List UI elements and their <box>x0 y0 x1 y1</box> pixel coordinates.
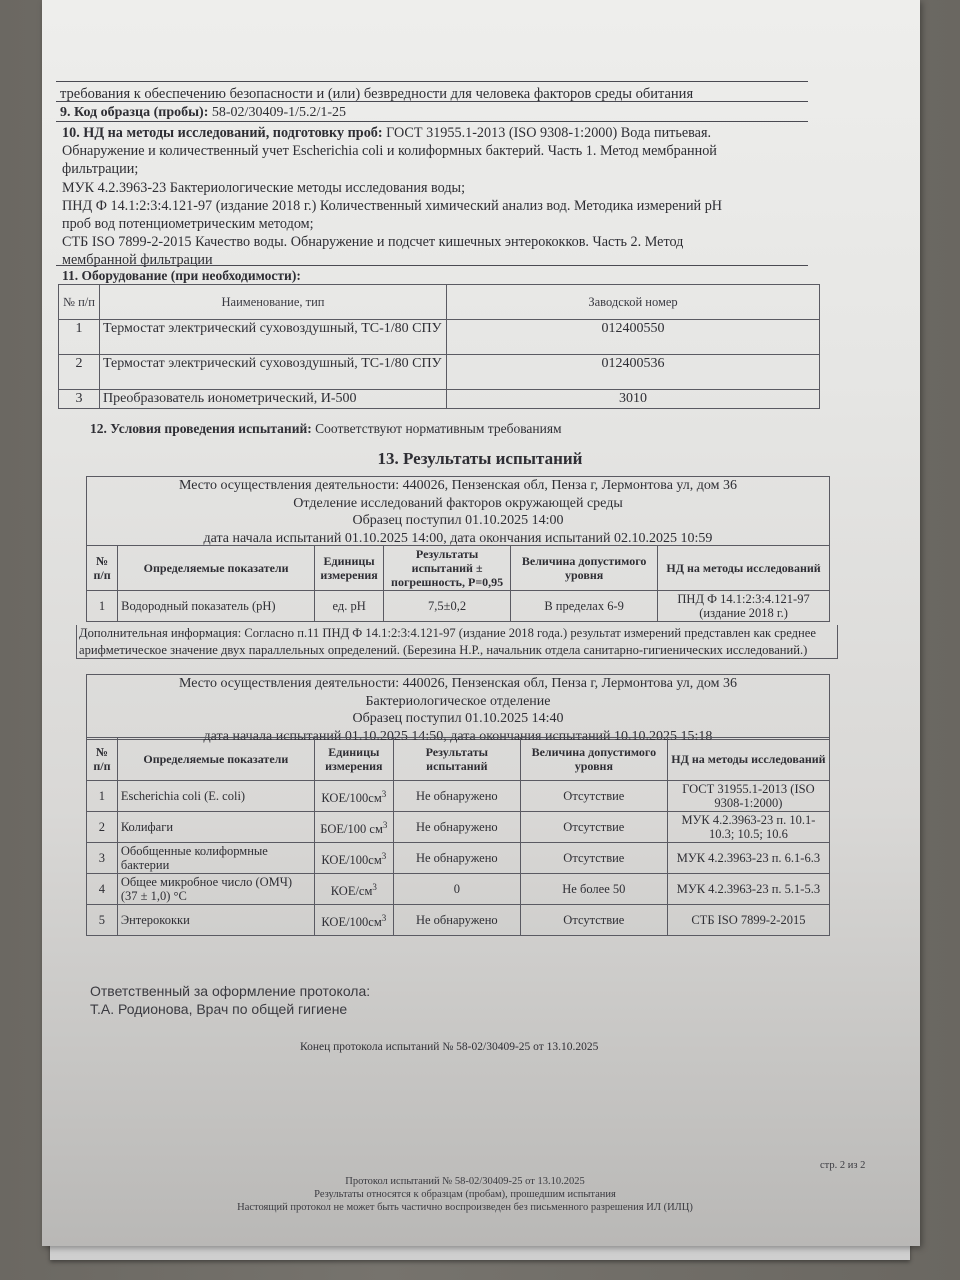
method: МУК 4.2.3963-23 п. 5.1-5.3 <box>667 874 829 905</box>
conditions-value: Соответствуют нормативным требованиям <box>315 421 561 436</box>
col-parameter: Определяемые показатели <box>117 738 314 781</box>
sample-code-label: 9. Код образца (пробы): <box>60 105 208 120</box>
unit-sup: 3 <box>382 913 387 923</box>
results-title: 13. Результаты испытаний <box>0 449 960 469</box>
method: СТБ ISO 7899-2-2015 <box>667 905 829 936</box>
unit-text: КОЕ/100см <box>321 915 381 929</box>
parameter: Колифаги <box>117 812 314 843</box>
block1-place: Место осуществления деятельности: 440026… <box>87 477 829 495</box>
table-row: 2 Колифаги БОЕ/100 см3 Не обнаружено Отс… <box>87 812 830 843</box>
methods-line: СТБ ISO 7899-2-2015 Качество воды. Обнар… <box>62 233 782 251</box>
row-number: 2 <box>87 812 118 843</box>
rule <box>56 81 808 82</box>
unit-text: БОЕ/100 см <box>320 822 383 836</box>
rule <box>56 265 808 266</box>
row-number: 1 <box>59 320 100 355</box>
result: Не обнаружено <box>393 843 520 874</box>
method: ГОСТ 31955.1-2013 (ISO 9308-1:2000) <box>667 781 829 812</box>
block1-department: Отделение исследований факторов окружающ… <box>87 495 829 513</box>
unit-sup: 3 <box>382 851 387 861</box>
row-number: 1 <box>87 781 118 812</box>
sample-code: 9. Код образца (пробы): 58-02/30409-1/5.… <box>60 104 346 122</box>
table-row: 1 Водородный показатель (pH) ед. pH 7,5±… <box>87 591 830 622</box>
unit: КОЕ/100см3 <box>314 781 393 812</box>
table-header-row: № п/п Определяемые показатели Единицы из… <box>87 738 830 781</box>
col-unit: Единицы измерения <box>314 738 393 781</box>
result: 0 <box>393 874 520 905</box>
unit: ед. pH <box>315 591 384 622</box>
methods-line: ПНД Ф 14.1:2:3:4.121-97 (издание 2018 г.… <box>62 197 782 215</box>
equipment-serial: 012400550 <box>447 320 820 355</box>
col-number: № п/п <box>87 738 118 781</box>
block2-place: Место осуществления деятельности: 440026… <box>87 675 829 693</box>
table-header-row: № п/п Наименование, тип Заводской номер <box>59 285 820 320</box>
unit-text: КОЕ/100см <box>321 853 381 867</box>
result: Не обнаружено <box>393 905 520 936</box>
col-unit: Единицы измерения <box>315 546 384 591</box>
limit: Не более 50 <box>520 874 667 905</box>
methods-line: фильтрации; <box>62 160 782 178</box>
table-row: 5 Энтерококки КОЕ/100см3 Не обнаружено О… <box>87 905 830 936</box>
methods-label: 10. НД на методы исследований, подготовк… <box>62 125 383 141</box>
col-method: НД на методы исследований <box>667 738 829 781</box>
unit-sup: 3 <box>382 789 387 799</box>
equipment-label: 11. Оборудование (при необходимости): <box>62 267 301 285</box>
unit: КОЕ/100см3 <box>314 905 393 936</box>
row-number: 3 <box>59 390 100 409</box>
responsible-label: Ответственный за оформление протокола: <box>90 982 370 1000</box>
row-number: 5 <box>87 905 118 936</box>
col-method: НД на методы исследований <box>658 546 830 591</box>
method: ПНД Ф 14.1:2:3:4.121-97 (издание 2018 г.… <box>658 591 830 622</box>
limit: Отсутствие <box>520 843 667 874</box>
unit-sup: 3 <box>372 882 377 892</box>
block1-received: Образец поступил 01.10.2025 14:00 <box>87 512 829 530</box>
col-limit: Величина допустимого уровня <box>511 546 658 591</box>
table-row: 1 Термостат электрический суховоздушный,… <box>59 320 820 355</box>
col-name: Наименование, тип <box>100 285 447 320</box>
methods-line: проб вод потенциометрическим методом; <box>62 215 782 233</box>
parameter: Escherichia coli (E. coli) <box>117 781 314 812</box>
row-number: 1 <box>87 591 118 622</box>
parameter: Общее микробное число (ОМЧ) (37 ± 1,0) °… <box>117 874 314 905</box>
end-note: Конец протокола испытаний № 58-02/30409-… <box>300 1041 598 1053</box>
additional-info: Дополнительная информация: Согласно п.11… <box>76 625 838 659</box>
col-serial: Заводской номер <box>447 285 820 320</box>
rule <box>56 121 808 122</box>
row-number: 2 <box>59 355 100 390</box>
page-number: стр. 2 из 2 <box>820 1160 865 1171</box>
parameter: Обобщенные колиформные бактерии <box>117 843 314 874</box>
unit: КОЕ/см3 <box>314 874 393 905</box>
col-result: Результаты испытаний <box>393 738 520 781</box>
sample-code-value: 58-02/30409-1/5.2/1-25 <box>212 105 346 120</box>
equipment-table: № п/п Наименование, тип Заводской номер … <box>58 284 820 409</box>
unit-sup: 3 <box>383 820 388 830</box>
block2-header: Место осуществления деятельности: 440026… <box>86 674 830 740</box>
limit: Отсутствие <box>520 812 667 843</box>
row-number: 4 <box>87 874 118 905</box>
table-row: 3 Преобразователь ионометрический, И-500… <box>59 390 820 409</box>
conditions-label: 12. Условия проведения испытаний: <box>90 421 312 436</box>
responsible-name: Т.А. Родионова, Врач по общей гигиене <box>90 1000 370 1018</box>
table-row: 1 Escherichia coli (E. coli) КОЕ/100см3 … <box>87 781 830 812</box>
col-number: № п/п <box>87 546 118 591</box>
col-parameter: Определяемые показатели <box>118 546 315 591</box>
block2-department: Бактериологическое отделение <box>87 693 829 711</box>
table-header-row: № п/п Определяемые показатели Единицы из… <box>87 546 830 591</box>
method: МУК 4.2.3963-23 п. 10.1-10.3; 10.5; 10.6 <box>667 812 829 843</box>
parameter: Водородный показатель (pH) <box>118 591 315 622</box>
footer-protocol: Протокол испытаний № 58-02/30409-25 от 1… <box>0 1175 930 1188</box>
row-number: 3 <box>87 843 118 874</box>
result: Не обнаружено <box>393 812 520 843</box>
conditions: 12. Условия проведения испытаний: Соотве… <box>90 420 562 438</box>
methods-first: ГОСТ 31955.1-2013 (ISO 9308-1:2000) Вода… <box>386 125 711 141</box>
results-table-chemical: № п/п Определяемые показатели Единицы из… <box>86 545 830 622</box>
rule <box>56 101 808 102</box>
equipment-name: Преобразователь ионометрический, И-500 <box>100 390 447 409</box>
unit-text: КОЕ/100см <box>321 791 381 805</box>
methods-line: МУК 4.2.3963-23 Бактериологические метод… <box>62 179 782 197</box>
limit: Отсутствие <box>520 905 667 936</box>
responsible-section: Ответственный за оформление протокола: Т… <box>90 982 370 1018</box>
results-table-bacteriological: № п/п Определяемые показатели Единицы из… <box>86 737 830 936</box>
methods-section: 10. НД на методы исследований, подготовк… <box>62 124 782 270</box>
block2-received: Образец поступил 01.10.2025 14:40 <box>87 710 829 728</box>
parameter: Энтерококки <box>117 905 314 936</box>
col-result: Результаты испытаний ± погрешность, Р=0,… <box>384 546 511 591</box>
table-row: 3 Обобщенные колиформные бактерии КОЕ/10… <box>87 843 830 874</box>
result: Не обнаружено <box>393 781 520 812</box>
block1-header: Место осуществления деятельности: 440026… <box>86 476 830 546</box>
footer: Протокол испытаний № 58-02/30409-25 от 1… <box>0 1175 930 1214</box>
limit: Отсутствие <box>520 781 667 812</box>
result: 7,5±0,2 <box>384 591 511 622</box>
table-row: 4 Общее микробное число (ОМЧ) (37 ± 1,0)… <box>87 874 830 905</box>
equipment-serial: 012400536 <box>447 355 820 390</box>
equipment-serial: 3010 <box>447 390 820 409</box>
unit: КОЕ/100см3 <box>314 843 393 874</box>
footer-copy-note: Настоящий протокол не может быть частичн… <box>0 1201 930 1214</box>
limit: В пределах 6-9 <box>511 591 658 622</box>
method: МУК 4.2.3963-23 п. 6.1-6.3 <box>667 843 829 874</box>
unit-text: КОЕ/см <box>331 884 373 898</box>
methods-line: Обнаружение и количественный учет Escher… <box>62 142 782 160</box>
footer-results-note: Результаты относятся к образцам (пробам)… <box>0 1188 930 1201</box>
equipment-name: Термостат электрический суховоздушный, Т… <box>100 355 447 390</box>
col-number: № п/п <box>59 285 100 320</box>
equipment-name: Термостат электрический суховоздушный, Т… <box>100 320 447 355</box>
unit: БОЕ/100 см3 <box>314 812 393 843</box>
table-row: 2 Термостат электрический суховоздушный,… <box>59 355 820 390</box>
col-limit: Величина допустимого уровня <box>520 738 667 781</box>
